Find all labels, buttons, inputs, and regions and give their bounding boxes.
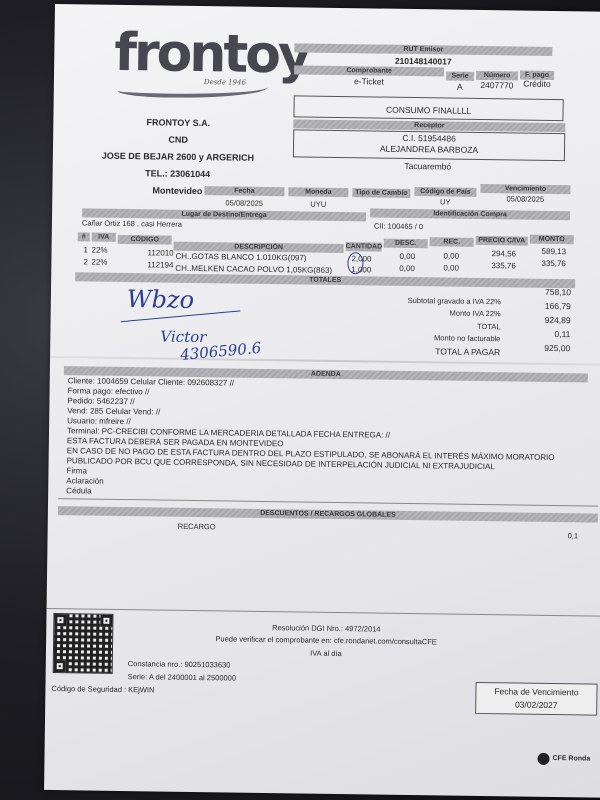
paper-fold (50, 356, 600, 366)
serie-label: Serie (446, 71, 474, 80)
identificacion-value: CII: 100465 / 0 (374, 221, 423, 231)
totals-block: Subtotal gravado a IVA 22% 758,10 Monto … (55, 4, 600, 12)
cfe-brand: CFE Ronda (552, 755, 590, 763)
table-row: 2 22% 112194 CH..MELKEN CACAO POLVO 1,05… (55, 4, 600, 12)
receptor-city: Tacuarembó (293, 159, 563, 173)
qr-code (54, 614, 113, 673)
numero-value: 2407770 (476, 80, 518, 91)
row2-precio: 335,76 (491, 261, 516, 270)
resolucion-dgi: Resolución DGI Nro.: 4972/2014 (186, 622, 466, 635)
monto-no-facturable-value: 0,11 (510, 328, 570, 339)
descuentos-header: DESCUENTOS / RECARGOS GLOBALES (58, 506, 598, 523)
adenda-block: Cliente: 1004659 Celular Cliente: 092608… (66, 376, 555, 503)
qr-finder-icon (54, 614, 66, 626)
row1-desc: 0,00 (399, 252, 415, 261)
row2-iva: 22% (91, 258, 107, 267)
monto-no-facturable-label: Monto no facturable (350, 332, 500, 343)
recargo-label: RECARGO (178, 522, 216, 532)
row1-num: 1 (84, 245, 89, 254)
lugar-value: Cañar Ortiz 168 , casi Herrera (82, 218, 182, 228)
subtotal-value: 758,10 (511, 286, 571, 297)
fecha-vencimiento-box: Fecha de Vencimiento 03/02/2027 (475, 682, 597, 716)
handwritten-signature: Wbzo (127, 285, 195, 314)
row1-descripcion: CH..GOTAS BLANCO 1.010KG(097) (175, 252, 306, 263)
row2-desc: 0,00 (399, 264, 415, 273)
col-header-desc: DESC. (384, 239, 428, 249)
row2-num: 2 (83, 257, 88, 266)
consumo-value: CONSUMO FINALLLL (294, 103, 562, 117)
receptor-box: C.I. 51954486 ALEJANDREA BARBOZA (293, 129, 565, 161)
fecha-label: Fecha (204, 186, 284, 196)
qr-finder-icon (54, 660, 66, 672)
row1-monto: 589,13 (542, 247, 567, 256)
cfe-logo-icon (537, 753, 549, 765)
tipo-cambio-label: Tipo de Cambio (352, 188, 410, 198)
total-a-pagar-label: TOTAL A PAGAR (350, 345, 500, 357)
row1-codigo: 112010 (147, 248, 173, 257)
qr-finder-icon (100, 615, 112, 627)
moneda-value: UYU (288, 199, 348, 209)
identificacion-label: Identificación Compra (370, 208, 570, 220)
fecha-vencimiento-value: 03/02/2027 (476, 699, 596, 711)
total-a-pagar-value: 925,00 (510, 342, 570, 353)
row2-rec: 0,00 (443, 263, 459, 272)
company-logo: frontoy (114, 23, 309, 86)
serie-value: A (446, 81, 474, 91)
verificar-comprobante: Puede verificar el comprobante en: cfe.r… (156, 633, 496, 647)
fecha-value: 05/08/2025 (204, 198, 284, 208)
codigo-seguridad: Código de Seguridad : KEjWIN (51, 684, 154, 694)
moneda-label: Moneda (288, 187, 348, 197)
fecha-vencimiento-label: Fecha de Vencimiento (476, 686, 596, 698)
comprobante-value: e-Ticket (294, 75, 444, 87)
row2-monto: 335,76 (541, 259, 566, 268)
row1-iva: 22% (92, 246, 108, 255)
logo-tagline: Desde 1946 (204, 78, 246, 87)
col-header-rec: REC. (430, 237, 474, 247)
row1-precio: 294,56 (491, 249, 516, 258)
footer-divider (47, 608, 600, 617)
iva-al-dia: IVA al día (186, 647, 466, 660)
constancia-nro: Constancia nro.: 90251033630 (128, 659, 231, 669)
monto-iva-value: 166,79 (511, 300, 571, 311)
col-header-codigo: CÓDIGO (118, 235, 172, 245)
codigo-pais-value: UY (414, 197, 476, 207)
codigo-pais-label: Código de País (414, 187, 476, 197)
recargo-value: 0,1 (568, 531, 579, 540)
monto-iva-label: Monto IVA 22% (351, 307, 501, 318)
items-table: # IVA CÓDIGO DESCRIPCIÓN CANTIDAD DESC. … (55, 4, 600, 12)
table-row: 1 22% 112010 CH..GOTAS BLANCO 1.010KG(09… (55, 4, 600, 12)
col-header-iva: IVA (92, 233, 116, 242)
invoice-paper: frontoy Desde 1946 FRONTOY S.A. CND JOSE… (44, 4, 600, 798)
total-label: TOTAL (350, 320, 500, 331)
fpago-value: Crédito (520, 78, 554, 88)
vencimiento-label: Vencimiento (480, 184, 570, 194)
row1-rec: 0,00 (443, 251, 459, 260)
total-value: 924,89 (511, 314, 571, 325)
vencimiento-value: 05/08/2025 (480, 194, 570, 204)
col-header-num: # (78, 232, 90, 241)
subtotal-label: Subtotal gravado a IVA 22% (351, 295, 501, 306)
col-header-cantidad: CANTIDAD (346, 242, 382, 252)
col-header-monto: MONTO (530, 235, 574, 245)
consumo-box: CONSUMO FINALLLL (293, 95, 563, 121)
row2-codigo: 112194 (147, 260, 173, 269)
serie-rango: Serie: A del 2400001 al 2500000 (128, 672, 237, 683)
col-header-precio: PRECIO C/IVA (476, 236, 528, 246)
